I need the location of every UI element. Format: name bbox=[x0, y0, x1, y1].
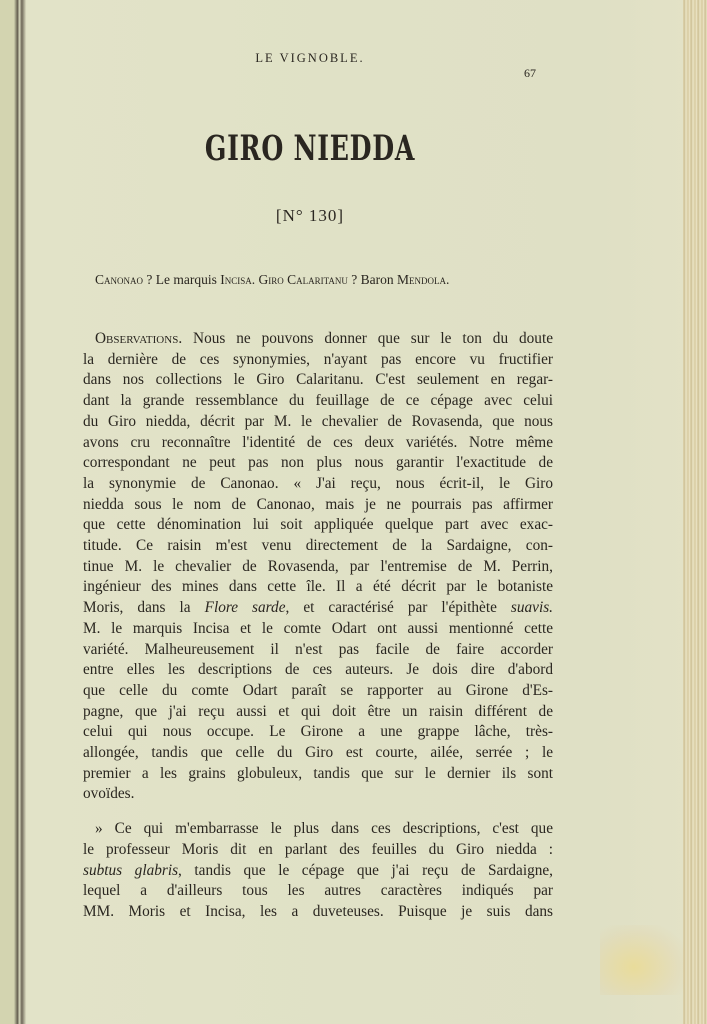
text-line: variété. Malheureusement il n'est pas fa… bbox=[83, 640, 553, 661]
entry-number: [N° 130] bbox=[0, 206, 620, 226]
synonym-incisa: Incisa bbox=[220, 272, 252, 287]
synonym-mendola: Mendola bbox=[397, 272, 446, 287]
text-line: la synonymie de Canonao. « J'ai reçu, no… bbox=[83, 474, 553, 495]
book-page: LE VIGNOBLE. 67 GIRO NIEDDA [N° 130] Can… bbox=[0, 0, 707, 1024]
text-line: » Ce qui m'embarrasse le plus dans ces d… bbox=[83, 819, 553, 840]
text-line: ingénieur des mines dans cette île. Il a… bbox=[83, 577, 553, 598]
text-line: avons cru reconnaître l'identité de ces … bbox=[83, 433, 553, 454]
body-text: Observations. Nous ne pouvons donner que… bbox=[83, 329, 553, 923]
text-line: du Giro niedda, décrit par M. le chevali… bbox=[83, 412, 553, 433]
text-line: la dernière de ces synonymies, n'ayant p… bbox=[83, 350, 553, 371]
book-gutter bbox=[14, 0, 26, 1024]
text-line: lequel a d'ailleurs tous les autres cara… bbox=[83, 881, 553, 902]
synonym-giro-calaritanu: Giro Calaritanu bbox=[259, 272, 348, 287]
italic-flore-sarde: Flore sarde bbox=[205, 599, 286, 616]
synonym-text: . bbox=[252, 272, 259, 287]
observations-lead: Observations. bbox=[95, 330, 182, 347]
text-span: , et caractérisé par l'épithète bbox=[285, 599, 510, 616]
text-line: entre elles les descriptions de ces aute… bbox=[83, 660, 553, 681]
text-line: subtus glabris, tandis que le cépage que… bbox=[83, 861, 553, 882]
text-line: MM. Moris et Incisa, les a duveteuses. P… bbox=[83, 902, 553, 923]
text-line: que celle du comte Odart paraît se rappo… bbox=[83, 681, 553, 702]
text-line: dans nos collections le Giro Calaritanu.… bbox=[83, 370, 553, 391]
running-head: LE VIGNOBLE. bbox=[0, 51, 620, 66]
text-span: , tandis que le cépage que j'ai reçu de … bbox=[178, 862, 553, 879]
synonym-text: . bbox=[446, 272, 449, 287]
text-line: correspondant ne peut pas non plus nous … bbox=[83, 453, 553, 474]
text-line: le professeur Moris dit en parlant des f… bbox=[83, 840, 553, 861]
text-line: pagne, que j'ai reçu aussi et qui doit ê… bbox=[83, 702, 553, 723]
text-line: niedda sous le nom de Canonao, mais je n… bbox=[83, 495, 553, 516]
text-line: premier a les grains globuleux, tandis q… bbox=[83, 764, 553, 785]
italic-suavis: suavis. bbox=[511, 599, 553, 616]
text-line: celui qui nous occupe. Le Girone a une g… bbox=[83, 722, 553, 743]
synonyms-line: Canonao ? Le marquis Incisa. Giro Calari… bbox=[95, 272, 515, 288]
text-line: tinue M. le chevalier de Rovasenda, par … bbox=[83, 557, 553, 578]
facing-page-edge bbox=[0, 0, 14, 1024]
paragraph-quote: » Ce qui m'embarrasse le plus dans ces d… bbox=[83, 819, 553, 923]
watermark-logo bbox=[600, 925, 685, 995]
text-line: ovoïdes. bbox=[83, 784, 553, 805]
text-line: titude. Ce raisin m'est venu directement… bbox=[83, 536, 553, 557]
text-line: M. le marquis Incisa et le comte Odart o… bbox=[83, 619, 553, 640]
paragraph-gap bbox=[83, 805, 553, 819]
text-span: Moris, dans la bbox=[83, 599, 205, 616]
synonym-text: ? Le marquis bbox=[143, 272, 220, 287]
text-line: dant la grande ressemblance du feuillage… bbox=[83, 391, 553, 412]
text-line: Moris, dans la Flore sarde, et caractéri… bbox=[83, 598, 553, 619]
synonym-canonao: Canonao bbox=[95, 272, 143, 287]
entry-title: GIRO NIEDDA bbox=[87, 128, 533, 169]
text-span: Nous ne pouvons donner que sur le ton du… bbox=[182, 330, 553, 347]
italic-subtus-glabris: subtus glabris bbox=[83, 862, 178, 879]
text-line: Observations. Nous ne pouvons donner que… bbox=[83, 329, 553, 350]
text-line: que cette dénomination lui soit appliqué… bbox=[83, 515, 553, 536]
page-edges bbox=[683, 0, 707, 1024]
page-number: 67 bbox=[524, 66, 536, 81]
synonym-text: ? Baron bbox=[348, 272, 397, 287]
paragraph-observations: Observations. Nous ne pouvons donner que… bbox=[83, 329, 553, 805]
text-line: allongée, tandis que celle du Giro est c… bbox=[83, 743, 553, 764]
